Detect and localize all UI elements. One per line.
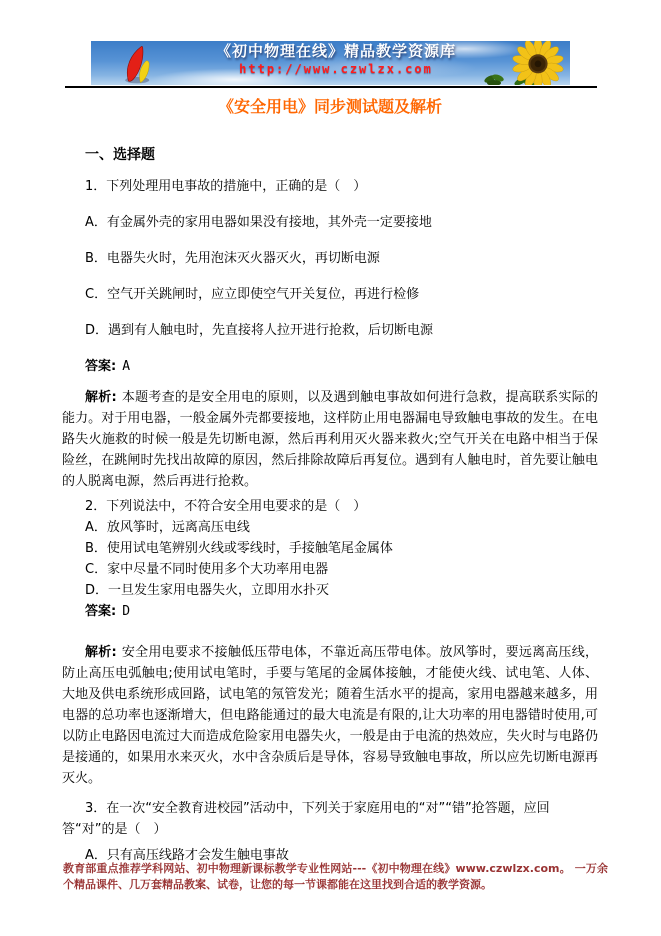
question-1-option-a: A．有金属外壳的家用电器如果没有接地，其外壳一定要接地	[62, 216, 598, 230]
analysis-label: 解析:	[85, 390, 117, 405]
question-1-option-c: C．空气开关跳闸时，应立即使空气开关复位，再进行检修	[62, 288, 598, 302]
answer-value: A	[122, 359, 130, 374]
question-1-answer: 答案:A	[62, 360, 598, 374]
analysis-label: 解析:	[85, 645, 117, 660]
site-banner: 《初中物理在线》精品教学资源库 http://www.czwlzx.com	[91, 41, 570, 85]
question-2-option-a: A．放风筝时，远离高压电线	[62, 517, 598, 538]
banner-site-name: 《初中物理在线》精品教学资源库	[191, 44, 481, 59]
question-3: 3．在一次“安全教育进校园”活动中，下列关于家庭用电的“对”“错”抢答题，应回答…	[62, 798, 598, 863]
section-heading-choice-questions: 一、选择题	[62, 148, 598, 163]
footer-promo-text: 教育部重点推荐学科网站、初中物理新课标教学专业性网站---《初中物理在线》www…	[63, 861, 608, 893]
answer-value: D	[122, 604, 130, 619]
question-2-analysis: 解析:安全用电要求不接触低压带电体，不靠近高压带电体。放风筝时，要远离高压线，防…	[62, 642, 598, 789]
document-page: 《初中物理在线》精品教学资源库 http://www.czwlzx.com	[0, 0, 661, 936]
banner-site-url[interactable]: http://www.czwlzx.com	[191, 63, 481, 75]
site-logo-icon	[115, 45, 161, 85]
question-2-option-c: C．家中尽量不同时使用多个大功率用电器	[62, 559, 598, 580]
answer-label: 答案:	[85, 604, 116, 619]
question-2-option-b: B．使用试电笔辨别火线或零线时，手接触笔尾金属体	[62, 538, 598, 559]
question-2-stem: 2．下列说法中，不符合安全用电要求的是（ ）	[62, 496, 598, 517]
question-1-analysis: 解析:本题考查的是安全用电的原则，以及遇到触电事故如何进行急救，提高联系实际的能…	[62, 387, 598, 492]
header-divider	[65, 86, 597, 88]
question-2-answer: 答案:D	[62, 605, 598, 619]
analysis-text: 本题考查的是安全用电的原则，以及遇到触电事故如何进行急救，提高联系实际的能力。对…	[62, 390, 598, 489]
sunflower-icon	[512, 41, 564, 85]
question-1-option-b: B．电器失火时，先用泡沫灭火器灭火，再切断电源	[62, 252, 598, 266]
page-title: 《安全用电》同步测试题及解析	[62, 97, 598, 116]
question-2: 2．下列说法中，不符合安全用电要求的是（ ） A．放风筝时，远离高压电线 B．使…	[62, 496, 598, 789]
question-1: 1．下列处理用电事故的措施中，正确的是（ ） A．有金属外壳的家用电器如果没有接…	[62, 180, 598, 492]
analysis-text: 安全用电要求不接触低压带电体，不靠近高压带电体。放风筝时，要远离高压线，防止高压…	[62, 645, 598, 786]
banner-text: 《初中物理在线》精品教学资源库 http://www.czwlzx.com	[191, 44, 481, 75]
question-1-stem: 1．下列处理用电事故的措施中，正确的是（ ）	[62, 180, 598, 194]
document-content: 《安全用电》同步测试题及解析 一、选择题 1．下列处理用电事故的措施中，正确的是…	[62, 97, 598, 863]
plant-sprig-icon	[482, 69, 508, 85]
question-3-stem: 3．在一次“安全教育进校园”活动中，下列关于家庭用电的“对”“错”抢答题，应回答…	[62, 798, 598, 840]
question-2-option-d: D．一旦发生家用电器失火，立即用水扑灭	[62, 580, 598, 601]
answer-label: 答案:	[85, 359, 116, 374]
question-1-option-d: D．遇到有人触电时，先直接将人拉开进行抢救，后切断电源	[62, 324, 598, 338]
